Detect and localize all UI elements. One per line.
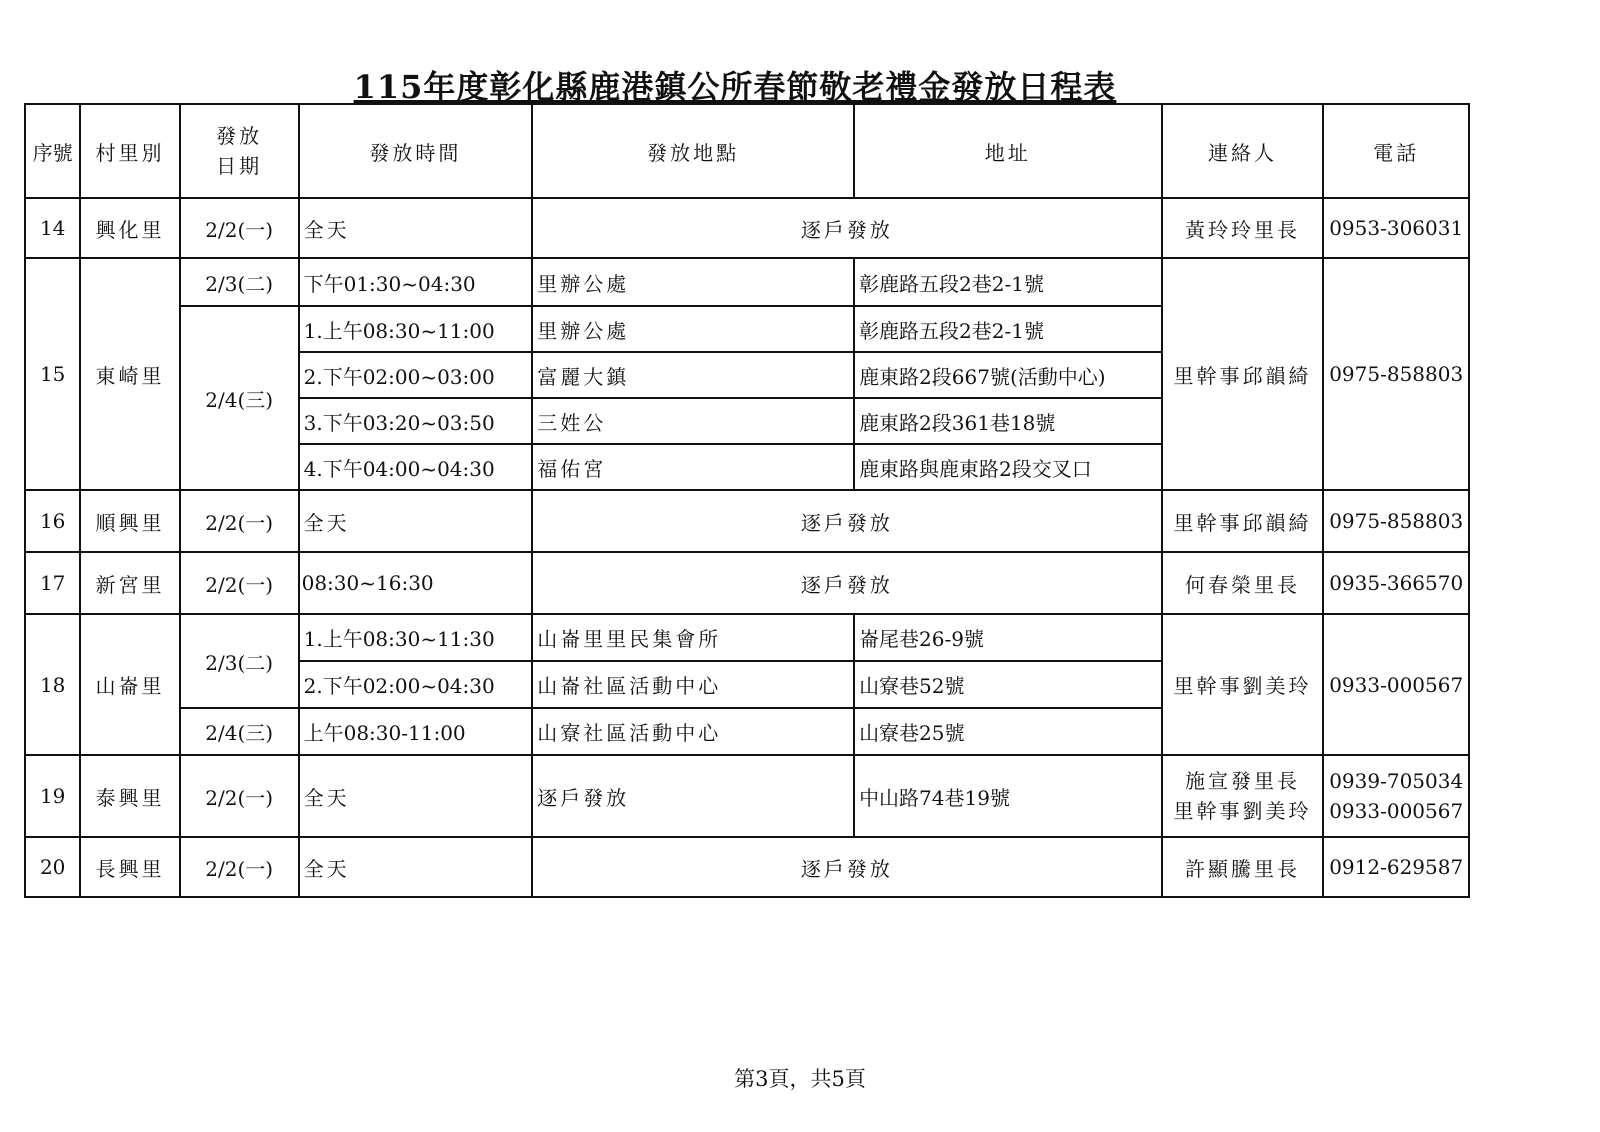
cell-village: 泰興里 (80, 755, 179, 837)
phone-line2: 0933-000567 (1328, 796, 1464, 826)
cell-address: 崙尾巷26-9號 (854, 614, 1161, 661)
table-row: 14 興化里 2/2(一) 全天 逐戶發放 黃玲玲里長 0953-306031 (25, 198, 1469, 258)
cell-time: 08:30~16:30 (299, 552, 533, 614)
cell-phone: 0935-366570 (1323, 552, 1469, 614)
cell-contact: 里幹事劉美玲 (1162, 614, 1324, 755)
cell-phone: 0975-858803 (1323, 490, 1469, 552)
cell-time: 3.下午03:20~03:50 (299, 398, 533, 444)
cell-method: 逐戶發放 (532, 490, 1161, 552)
table-row: 18 山崙里 2/3(二) 1.上午08:30~11:30 山崙里里民集會所 崙… (25, 614, 1469, 661)
header-date-line2: 日期 (185, 151, 294, 181)
cell-contact: 施宣發里長 里幹事劉美玲 (1162, 755, 1324, 837)
cell-time: 2.下午02:00~03:00 (299, 352, 533, 398)
cell-time: 1.上午08:30~11:00 (299, 306, 533, 352)
cell-place: 逐戶發放 (532, 755, 854, 837)
header-place: 發放地點 (532, 104, 854, 198)
cell-village: 東崎里 (80, 258, 179, 490)
cell-address: 彰鹿路五段2巷2-1號 (854, 258, 1161, 306)
cell-contact: 何春榮里長 (1162, 552, 1324, 614)
cell-address: 鹿東路2段667號(活動中心) (854, 352, 1161, 398)
header-address: 地址 (854, 104, 1161, 198)
cell-time: 下午01:30~04:30 (299, 258, 533, 306)
cell-village: 順興里 (80, 490, 179, 552)
cell-date: 2/3(二) (180, 258, 299, 306)
header-phone: 電話 (1323, 104, 1469, 198)
cell-phone: 0975-858803 (1323, 258, 1469, 490)
cell-address: 彰鹿路五段2巷2-1號 (854, 306, 1161, 352)
contact-line1: 施宣發里長 (1167, 766, 1319, 796)
cell-place: 山寮社區活動中心 (532, 708, 854, 755)
cell-date: 2/2(一) (180, 490, 299, 552)
cell-date: 2/4(三) (180, 306, 299, 490)
page-title: 115年度彰化縣鹿港鎮公所春節敬老禮金發放日程表 (0, 62, 1470, 108)
cell-address: 山寮巷52號 (854, 661, 1161, 708)
cell-time: 1.上午08:30~11:30 (299, 614, 533, 661)
cell-no: 19 (25, 755, 80, 837)
phone-line1: 0939-705034 (1328, 766, 1464, 796)
cell-address: 鹿東路與鹿東路2段交叉口 (854, 444, 1161, 490)
cell-time: 上午08:30-11:00 (299, 708, 533, 755)
cell-phone: 0953-306031 (1323, 198, 1469, 258)
cell-place: 福佑宮 (532, 444, 854, 490)
cell-place: 三姓公 (532, 398, 854, 444)
contact-line2: 里幹事劉美玲 (1167, 796, 1319, 826)
cell-contact: 里幹事邱韻綺 (1162, 490, 1324, 552)
cell-contact: 里幹事邱韻綺 (1162, 258, 1324, 490)
cell-time: 4.下午04:00~04:30 (299, 444, 533, 490)
cell-time: 全天 (299, 198, 533, 258)
header-time: 發放時間 (299, 104, 533, 198)
cell-village: 興化里 (80, 198, 179, 258)
cell-phone: 0933-000567 (1323, 614, 1469, 755)
header-contact: 連絡人 (1162, 104, 1324, 198)
cell-no: 20 (25, 837, 80, 897)
cell-place: 里辦公處 (532, 306, 854, 352)
table-row: 17 新宮里 2/2(一) 08:30~16:30 逐戶發放 何春榮里長 093… (25, 552, 1469, 614)
cell-phone: 0939-705034 0933-000567 (1323, 755, 1469, 837)
cell-address: 中山路74巷19號 (854, 755, 1161, 837)
schedule-table: 序號 村里別 發放 日期 發放時間 發放地點 地址 連絡人 電話 14 興化里 … (24, 103, 1470, 898)
cell-time: 全天 (299, 837, 533, 897)
cell-time: 全天 (299, 490, 533, 552)
cell-time: 全天 (299, 755, 533, 837)
cell-address: 山寮巷25號 (854, 708, 1161, 755)
cell-method: 逐戶發放 (532, 837, 1161, 897)
table-row: 19 泰興里 2/2(一) 全天 逐戶發放 中山路74巷19號 施宣發里長 里幹… (25, 755, 1469, 837)
cell-date: 2/2(一) (180, 552, 299, 614)
table-row: 16 順興里 2/2(一) 全天 逐戶發放 里幹事邱韻綺 0975-858803 (25, 490, 1469, 552)
cell-place: 里辦公處 (532, 258, 854, 306)
cell-no: 17 (25, 552, 80, 614)
header-no: 序號 (25, 104, 80, 198)
page-footer: 第3頁，共5頁 (0, 1063, 1600, 1093)
cell-address: 鹿東路2段361巷18號 (854, 398, 1161, 444)
cell-no: 14 (25, 198, 80, 258)
cell-date: 2/3(二) (180, 614, 299, 708)
header-date: 發放 日期 (180, 104, 299, 198)
table-row: 15 東崎里 2/3(二) 下午01:30~04:30 里辦公處 彰鹿路五段2巷… (25, 258, 1469, 306)
cell-date: 2/4(三) (180, 708, 299, 755)
header-row: 序號 村里別 發放 日期 發放時間 發放地點 地址 連絡人 電話 (25, 104, 1469, 198)
cell-phone: 0912-629587 (1323, 837, 1469, 897)
cell-place: 山崙里里民集會所 (532, 614, 854, 661)
cell-method: 逐戶發放 (532, 552, 1161, 614)
cell-date: 2/2(一) (180, 755, 299, 837)
cell-contact: 許顯騰里長 (1162, 837, 1324, 897)
header-date-line1: 發放 (185, 121, 294, 151)
cell-place: 山崙社區活動中心 (532, 661, 854, 708)
cell-date: 2/2(一) (180, 837, 299, 897)
cell-village: 山崙里 (80, 614, 179, 755)
cell-village: 長興里 (80, 837, 179, 897)
cell-contact: 黃玲玲里長 (1162, 198, 1324, 258)
header-village: 村里別 (80, 104, 179, 198)
cell-method: 逐戶發放 (532, 198, 1161, 258)
table-row: 20 長興里 2/2(一) 全天 逐戶發放 許顯騰里長 0912-629587 (25, 837, 1469, 897)
cell-time: 2.下午02:00~04:30 (299, 661, 533, 708)
cell-place: 富麗大鎮 (532, 352, 854, 398)
cell-no: 16 (25, 490, 80, 552)
cell-no: 18 (25, 614, 80, 755)
cell-village: 新宮里 (80, 552, 179, 614)
cell-no: 15 (25, 258, 80, 490)
cell-date: 2/2(一) (180, 198, 299, 258)
